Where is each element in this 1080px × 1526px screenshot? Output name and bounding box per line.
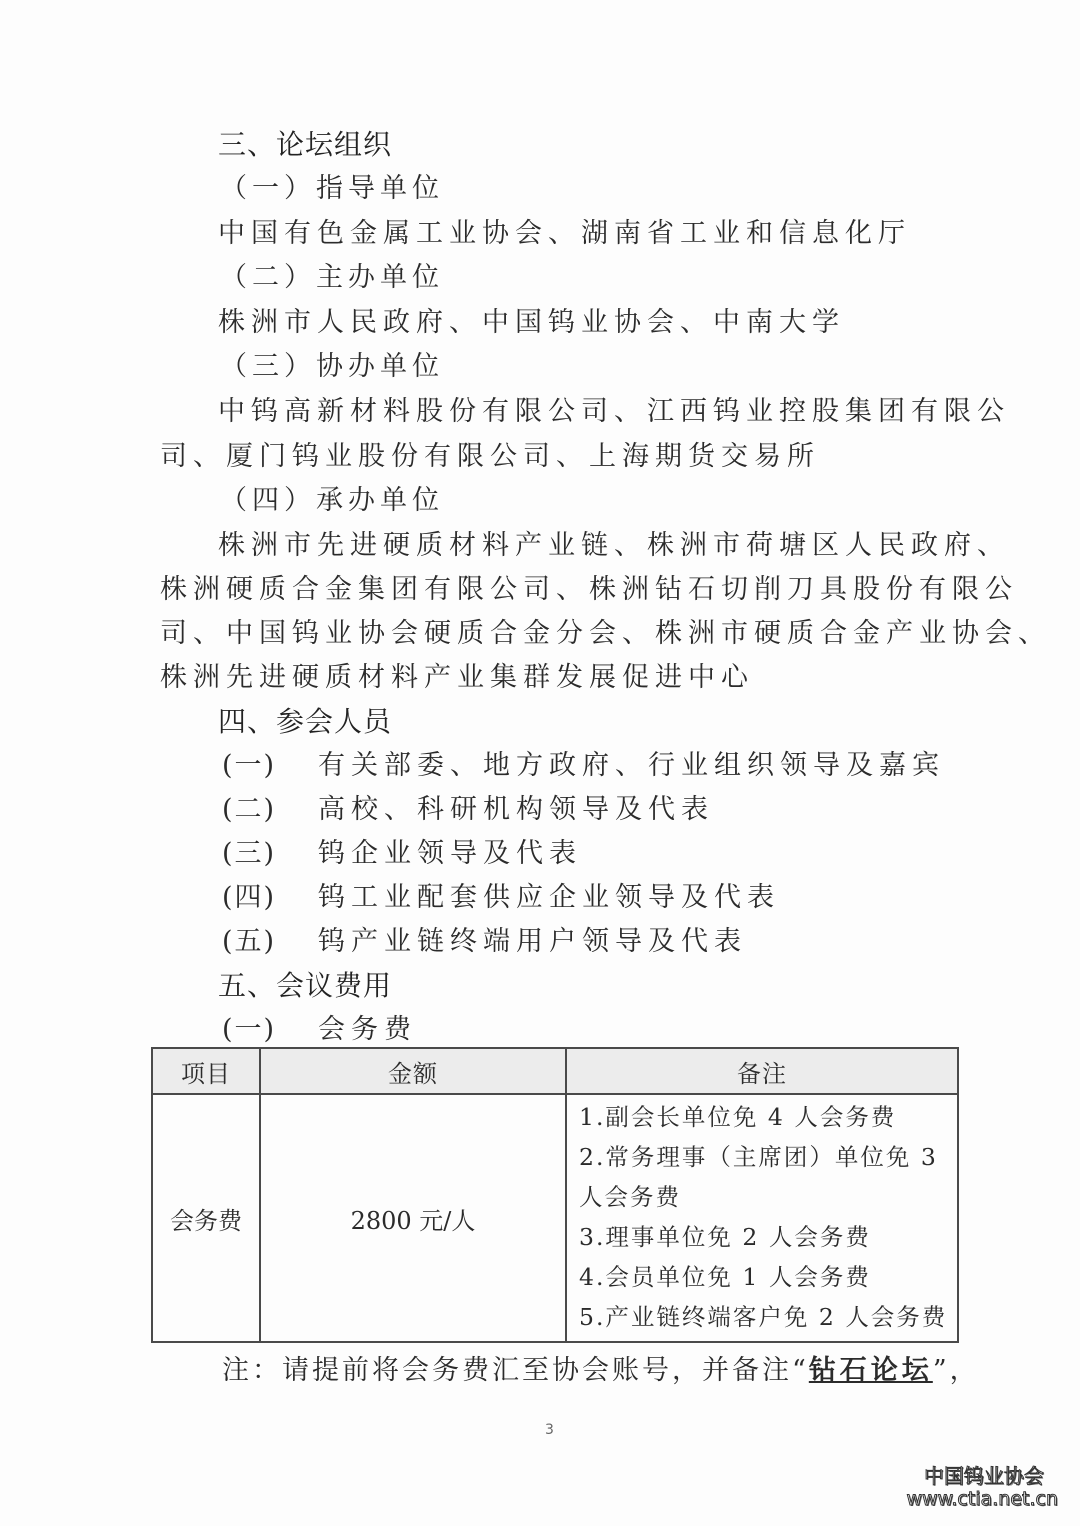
fee-subheading-text: 会务费 <box>318 1014 417 1045</box>
undertaker-title: （四）承办单位 <box>220 484 444 518</box>
fee-subheading-num: (一) <box>222 1013 318 1047</box>
attendee-item-text: 钨企业领导及代表 <box>318 838 582 869</box>
host-unit-body: 株洲市人民政府、中国钨业协会、中南大学 <box>218 306 845 340</box>
co-organizer-title: （三）协办单位 <box>220 350 444 384</box>
host-unit-title: （二）主办单位 <box>220 261 444 295</box>
remark-line: 人会务费 <box>579 1177 949 1217</box>
undertaker-body-line: 株洲先进硬质材料产业集群发展促进中心 <box>160 661 754 695</box>
remark-line: 2.常务理事（主席团）单位免 3 <box>579 1137 949 1177</box>
fee-table: 项目 金额 备注 会务费 2800 元/人 1.副会长单位免 4 人会务费 2.… <box>151 1047 959 1343</box>
remark-line: 4.会员单位免 1 人会务费 <box>579 1257 949 1297</box>
section-5-heading: 五、会议费用 <box>218 969 392 1003</box>
header-amount: 金额 <box>260 1048 566 1094</box>
payment-note: 注：请提前将会务费汇至协会账号，并备注“钻石论坛”， <box>222 1348 980 1387</box>
attendee-item-text: 钨产业链终端用户领导及代表 <box>318 926 747 957</box>
attendee-item: (三)钨企业领导及代表 <box>222 837 582 871</box>
attendee-item-text: 高校、科研机构领导及代表 <box>318 794 714 825</box>
co-organizer-body-line: 司、厦门钨业股份有限公司、上海期货交易所 <box>160 440 820 474</box>
header-item: 项目 <box>152 1048 260 1094</box>
note-suffix: ”， <box>933 1355 980 1386</box>
attendee-item-text: 钨工业配套供应企业领导及代表 <box>318 882 780 913</box>
remark-line: 1.副会长单位免 4 人会务费 <box>579 1097 949 1137</box>
undertaker-body-line: 司、中国钨业协会硬质合金分会、株洲市硬质合金产业协会、 <box>160 617 1051 651</box>
note-prefix: 注：请提前将会务费汇至协会账号，并备注“ <box>222 1355 809 1386</box>
undertaker-body-line: 株洲硬质合金集团有限公司、株洲钻石切削刀具股份有限公 <box>160 573 1018 607</box>
note-emphasis: 钻石论坛 <box>809 1355 933 1386</box>
attendee-item-num: (一) <box>222 749 318 783</box>
cell-item: 会务费 <box>152 1094 260 1342</box>
watermark-name: 中国钨业协会 <box>924 1460 1044 1489</box>
attendee-item-num: (五) <box>222 925 318 959</box>
attendee-item: (四)钨工业配套供应企业领导及代表 <box>222 881 780 915</box>
attendee-item-num: (二) <box>222 793 318 827</box>
attendee-item: (五)钨产业链终端用户领导及代表 <box>222 925 747 959</box>
guiding-unit-body: 中国有色金属工业协会、湖南省工业和信息化厅 <box>218 217 911 251</box>
page-number: 3 <box>545 1422 554 1438</box>
remark-line: 5.产业链终端客户免 2 人会务费 <box>579 1297 949 1337</box>
attendee-item-num: (三) <box>222 837 318 871</box>
undertaker-body-line: 株洲市先进硬质材料产业链、株洲市荷塘区人民政府、 <box>218 529 1010 563</box>
remark-line: 3.理事单位免 2 人会务费 <box>579 1217 949 1257</box>
watermark-url: www.ctia.net.cn <box>907 1488 1058 1510</box>
table-row: 会务费 2800 元/人 1.副会长单位免 4 人会务费 2.常务理事（主席团）… <box>152 1094 958 1342</box>
section-4-heading: 四、参会人员 <box>218 705 392 739</box>
attendee-item: (二)高校、科研机构领导及代表 <box>222 793 714 827</box>
guiding-unit-title: （一）指导单位 <box>220 172 444 206</box>
co-organizer-body-line: 中钨高新材料股份有限公司、江西钨业控股集团有限公 <box>218 395 1010 429</box>
attendee-item-num: (四) <box>222 881 318 915</box>
attendee-item-text: 有关部委、地方政府、行业组织领导及嘉宾 <box>318 750 945 781</box>
fee-table-header: 项目 金额 备注 <box>152 1048 958 1094</box>
cell-amount: 2800 元/人 <box>260 1094 566 1342</box>
section-3-heading: 三、论坛组织 <box>218 128 392 162</box>
cell-remarks: 1.副会长单位免 4 人会务费 2.常务理事（主席团）单位免 3 人会务费 3.… <box>566 1094 958 1342</box>
attendee-item: (一)有关部委、地方政府、行业组织领导及嘉宾 <box>222 749 945 783</box>
fee-subheading: (一)会务费 <box>222 1013 417 1047</box>
header-remarks: 备注 <box>566 1048 958 1094</box>
